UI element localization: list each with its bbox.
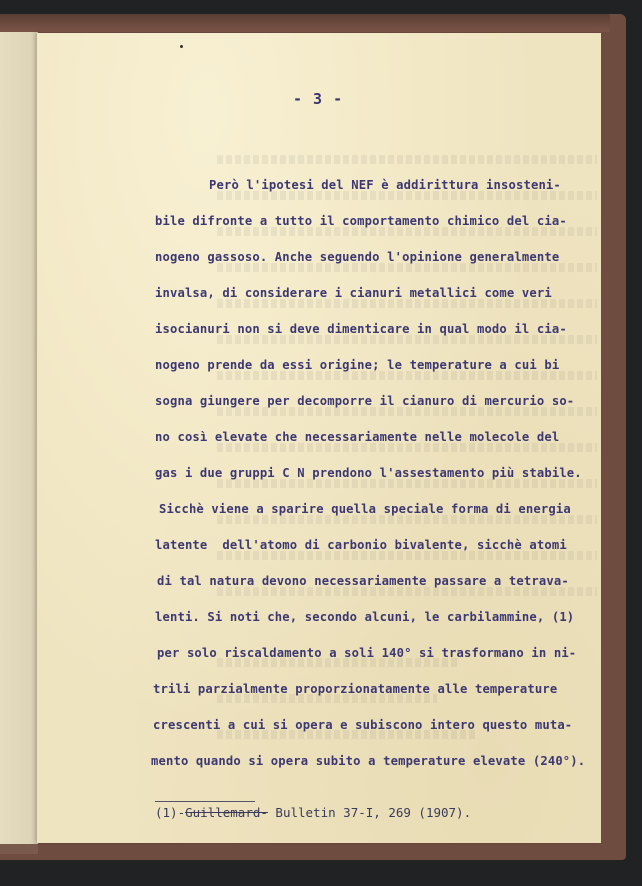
show-through-line: [217, 587, 597, 596]
footnote: (1)-Guillemard- Bulletin 37-I, 269 (1907…: [155, 805, 471, 820]
body-line-16: crescenti a cui si opera e subiscono int…: [153, 718, 572, 732]
show-through-line: [217, 335, 597, 344]
body-line-15: trili parzialmente proporzionatamente al…: [153, 682, 557, 696]
page-number: - 3 -: [293, 90, 343, 108]
typewritten-page: - 3 - Però l'ipotesi del NEF è addirittu…: [37, 33, 601, 843]
backing-top-edge: [0, 14, 610, 32]
show-through-line: [217, 299, 597, 308]
body-line-6: nogeno prende da essi origine; le temper…: [155, 358, 559, 372]
show-through-line: [217, 551, 597, 560]
show-through-line: [217, 191, 597, 200]
body-line-17: mento quando si opera subito a temperatu…: [151, 754, 585, 768]
show-through-line: [217, 407, 597, 416]
body-line-10: Sicchè viene a sparire quella speciale f…: [159, 502, 571, 516]
body-line-5: isocianuri non si deve dimenticare in qu…: [155, 322, 567, 336]
show-through-line: [217, 371, 597, 380]
body-line-2: bile difronte a tutto il comportamento c…: [155, 214, 567, 228]
footnote-marker: (1)-: [155, 805, 185, 820]
body-line-9: gas i due gruppi C N prendono l'assestam…: [155, 466, 582, 480]
body-line-14: per solo riscaldamento a soli 140° si tr…: [157, 646, 576, 660]
body-line-1: Però l'ipotesi del NEF è addirittura ins…: [209, 178, 561, 192]
body-line-8: no così elevate che necessariamente nell…: [155, 430, 559, 444]
show-through-line: [217, 155, 597, 164]
show-through-line: [217, 515, 597, 524]
underlying-page-edge: [0, 32, 38, 854]
body-line-12: di tal natura devono necessariamente pas…: [157, 574, 569, 588]
show-through-line: [217, 443, 597, 452]
paper-speck: [180, 45, 183, 48]
body-line-7: sogna giungere per decomporre il cianuro…: [155, 394, 574, 408]
show-through-line: [217, 263, 597, 272]
body-line-13: lenti. Si noti che, secondo alcuni, le c…: [155, 610, 574, 624]
footnote-rule: [155, 801, 255, 802]
show-through-line: [217, 479, 597, 488]
footnote-citation: Bulletin 37-I, 269 (1907).: [268, 805, 471, 820]
body-line-4: invalsa, di considerare i cianuri metall…: [155, 286, 552, 300]
scanned-document-scene: - 3 - Però l'ipotesi del NEF è addirittu…: [0, 0, 642, 886]
show-through-line: [217, 227, 597, 236]
body-line-3: nogeno gassoso. Anche seguendo l'opinion…: [155, 250, 559, 264]
body-line-11: latente dell'atomo di carbonio bivalente…: [155, 538, 567, 552]
footnote-struck-author: Guillemard-: [185, 805, 268, 820]
